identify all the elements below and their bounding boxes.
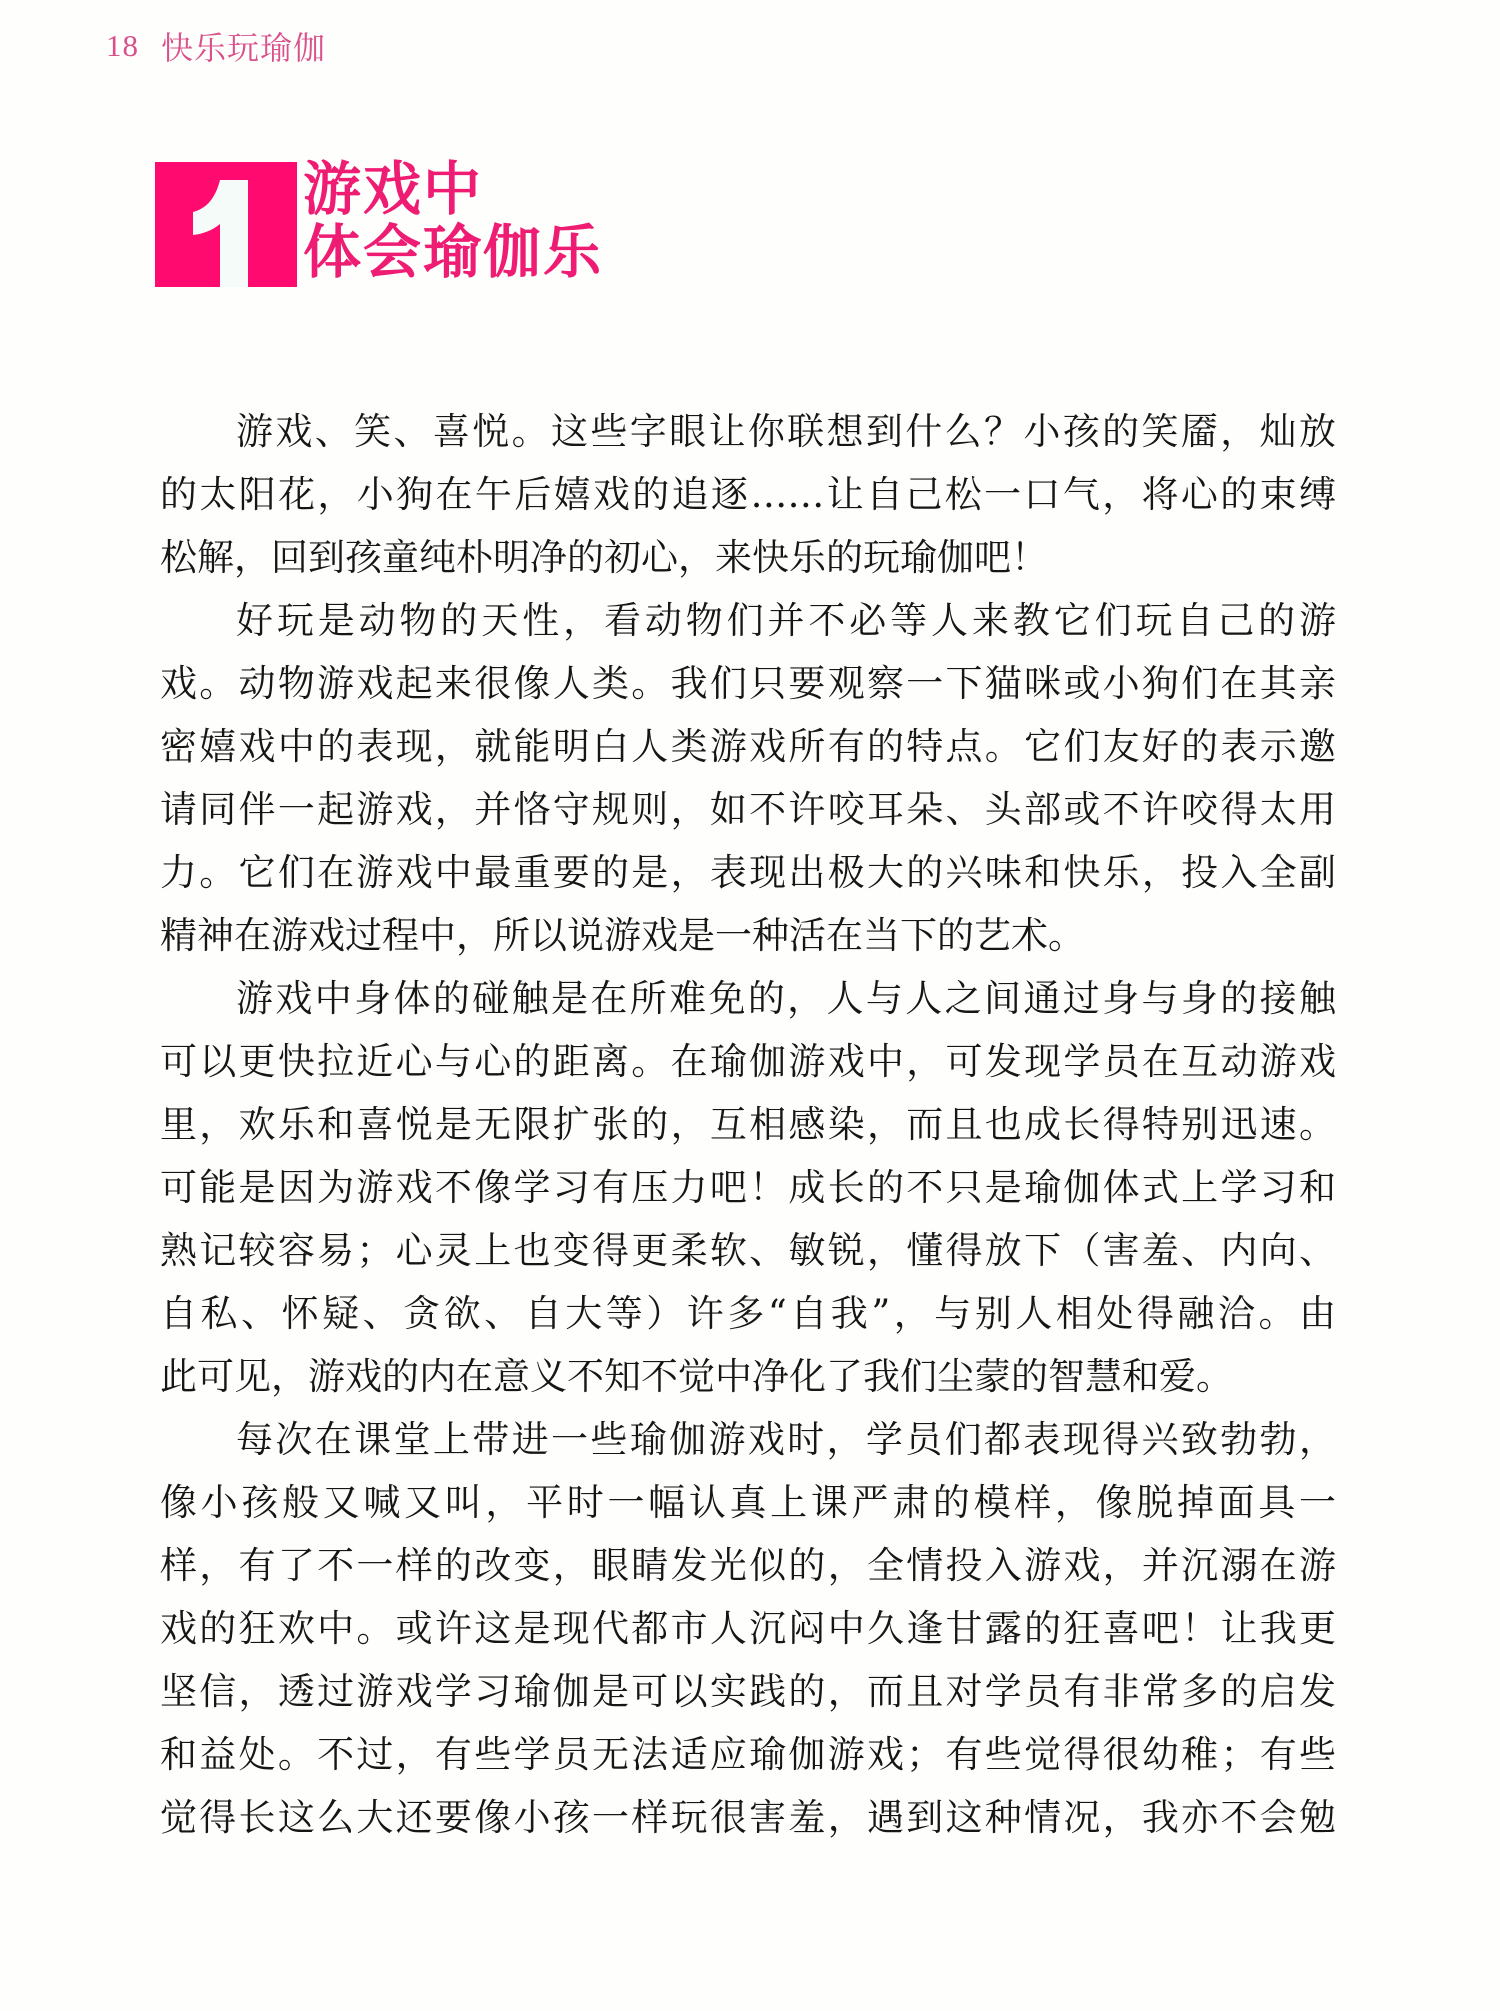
text-line: 精神在游戏过程中，所以说游戏是一种活在当下的艺术。 (160, 904, 1336, 967)
text-line: 力。它们在游戏中最重要的是，表现出极大的兴味和快乐，投入全副 (160, 841, 1336, 904)
paragraph-1: 游戏、笑、喜悦。这些字眼让你联想到什么？小孩的笑靥，灿放 的太阳花，小狗在午后嬉… (160, 400, 1336, 589)
text-line: 好玩是动物的天性，看动物们并不必等人来教它们玩自己的游 (160, 589, 1336, 652)
text-line: 游戏中身体的碰触是在所难免的，人与人之间通过身与身的接触 (160, 967, 1336, 1030)
chapter-title: 游戏中 体会瑜伽乐 (303, 158, 603, 284)
text-line: 里，欢乐和喜悦是无限扩张的，互相感染，而且也成长得特别迅速。 (160, 1093, 1336, 1156)
text-line: 像小孩般又喊又叫，平时一幅认真上课严肃的模样，像脱掉面具一 (160, 1471, 1336, 1534)
text-line: 样，有了不一样的改变，眼睛发光似的，全情投入游戏，并沉溺在游 (160, 1534, 1336, 1597)
text-line: 每次在课堂上带进一些瑜伽游戏时，学员们都表现得兴致勃勃， (160, 1408, 1336, 1471)
text-line: 密嬉戏中的表现，就能明白人类游戏所有的特点。它们友好的表示邀 (160, 715, 1336, 778)
text-line: 松解，回到孩童纯朴明净的初心，来快乐的玩瑜伽吧！ (160, 526, 1336, 589)
book-title: 快乐玩瑜伽 (161, 23, 326, 69)
text-line: 的太阳花，小狗在午后嬉戏的追逐……让自己松一口气，将心的束缚 (160, 463, 1336, 526)
text-line: 和益处。不过，有些学员无法适应瑜伽游戏；有些觉得很幼稚；有些 (160, 1723, 1336, 1786)
running-header: 18 快乐玩瑜伽 (106, 24, 326, 68)
paragraph-3: 游戏中身体的碰触是在所难免的，人与人之间通过身与身的接触 可以更快拉近心与心的距… (160, 967, 1336, 1408)
paragraph-4: 每次在课堂上带进一些瑜伽游戏时，学员们都表现得兴致勃勃， 像小孩般又喊又叫，平时… (160, 1408, 1336, 1849)
text-line: 自私、怀疑、贪欲、自大等）许多“自我”，与别人相处得融洽。由 (160, 1282, 1336, 1345)
text-line: 请同伴一起游戏，并恪守规则，如不许咬耳朵、头部或不许咬得太用 (160, 778, 1336, 841)
text-line: 熟记较容易；心灵上也变得更柔软、敏锐，懂得放下（害羞、内向、 (160, 1219, 1336, 1282)
chapter-number-1-icon (155, 162, 297, 287)
page-number: 18 (106, 28, 139, 64)
text-line: 戏的狂欢中。或许这是现代都市人沉闷中久逢甘露的狂喜吧！让我更 (160, 1597, 1336, 1660)
text-line: 觉得长这么大还要像小孩一样玩很害羞，遇到这种情况，我亦不会勉 (160, 1786, 1336, 1849)
text-line: 此可见，游戏的内在意义不知不觉中净化了我们尘蒙的智慧和爱。 (160, 1345, 1336, 1408)
body-text: 游戏、笑、喜悦。这些字眼让你联想到什么？小孩的笑靥，灿放 的太阳花，小狗在午后嬉… (160, 400, 1336, 1849)
chapter-number-badge (155, 162, 297, 287)
text-line: 坚信，透过游戏学习瑜伽是可以实践的，而且对学员有非常多的启发 (160, 1660, 1336, 1723)
text-line: 可以更快拉近心与心的距离。在瑜伽游戏中，可发现学员在互动游戏 (160, 1030, 1336, 1093)
text-line: 戏。动物游戏起来很像人类。我们只要观察一下猫咪或小狗们在其亲 (160, 652, 1336, 715)
chapter-title-line-2: 体会瑜伽乐 (303, 221, 603, 284)
text-line: 可能是因为游戏不像学习有压力吧！成长的不只是瑜伽体式上学习和 (160, 1156, 1336, 1219)
text-line: 游戏、笑、喜悦。这些字眼让你联想到什么？小孩的笑靥，灿放 (160, 400, 1336, 463)
paragraph-2: 好玩是动物的天性，看动物们并不必等人来教它们玩自己的游 戏。动物游戏起来很像人类… (160, 589, 1336, 967)
chapter-title-line-1: 游戏中 (303, 158, 603, 221)
